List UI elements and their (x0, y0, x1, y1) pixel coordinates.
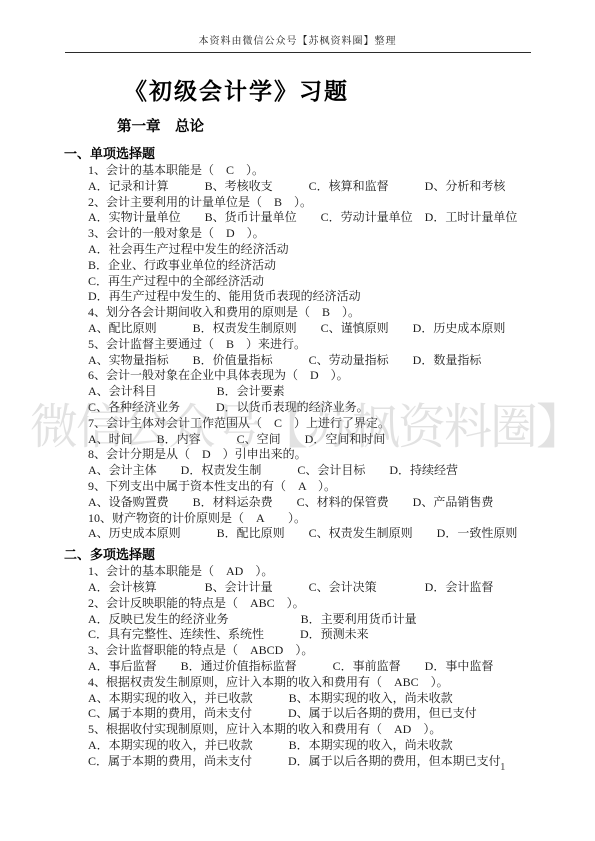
option-line: D．再生产过程中发生的、能用货币表现的经济活动 (88, 289, 555, 305)
question-line: 1、会计的基本职能是（ C ）。 (88, 163, 555, 179)
option-line: A、实物量指标 B．价值量指标 C、劳动量指标 D．数量指标 (88, 353, 555, 369)
option-line: C．具有完整性、连续性、系统性 D．预测未来 (88, 627, 555, 643)
section1-heading: 一、单项选择题 (64, 143, 595, 162)
header-rule (65, 52, 531, 53)
question-line: 2、会计主要利用的计量单位是（ B ）。 (88, 195, 555, 211)
question-line: 6、会计一般对象在企业中具体表现为（ D ）。 (88, 368, 555, 384)
option-line: A．记录和计算 B、考核收支 C．核算和监督 D、分析和考核 (88, 179, 555, 195)
option-line: A．事后监督 B．通过价值指标监督 C．事前监督 D．事中监督 (88, 659, 555, 675)
question-line: 5、会计监督主要通过（ B ）来进行。 (88, 337, 555, 353)
option-line: A、会计主体 D．权责发生制 C、会计目标 D．持续经营 (88, 463, 555, 479)
option-line: A．本期实现的收入，并已收款 B．本期实现的收入，尚未收款 (88, 738, 555, 754)
chapter-heading: 第一章 总论 (117, 115, 595, 136)
page-header-note: 本资料由微信公众号【苏枫资料圈】整理 (0, 0, 595, 47)
question-line: 4、划分各会计期间收入和费用的原则是（ B ）。 (88, 305, 555, 321)
question-line: 3、会计的一般对象是（ D ）。 (88, 226, 555, 242)
option-line: A、配比原则 B．权责发生制原则 C、谨慎原则 D．历史成本原则 (88, 321, 555, 337)
question-line: 3、会计监督职能的特点是（ ABCD ）。 (88, 643, 555, 659)
option-line: C．属于本期的费用，尚未支付 D．属于以后各期的费用，但本期已支付 (88, 754, 555, 770)
option-line: C、各种经济业务 D．以货币表现的经济业务。 (88, 400, 555, 416)
option-line: A、本期实现的收入，并已收款 B、本期实现的收入，尚未收款 (88, 691, 555, 707)
option-line: C、属于本期的费用，尚未支付 D、属于以后各期的费用，但已支付 (88, 706, 555, 722)
option-line: A、设备购置费 B．材料运杂费 C、材料的保管费 D、产品销售费 (88, 495, 555, 511)
option-line: A．社会再生产过程中发生的经济活动 (88, 242, 555, 258)
option-line: A、历史成本原则 B．配比原则 C、权责发生制原则 D．一致性原则 (88, 526, 555, 542)
option-line: A．会计核算 B、会计计量 C、会计决策 D．会计监督 (88, 580, 555, 596)
section2-heading: 二、多项选择题 (64, 544, 595, 563)
option-line: C．再生产过程中的全部经济活动 (88, 274, 555, 290)
question-line: 4、根据权责发生制原则，应计入本期的收入和费用有（ ABC ）。 (88, 675, 555, 691)
section-single-choice: 一、单项选择题 1、会计的基本职能是（ C ）。 A．记录和计算 B、考核收支 … (0, 143, 595, 542)
question-line: 10、财产物资的计价原则是（ A ）。 (88, 511, 555, 527)
section-multi-choice: 二、多项选择题 1、会计的基本职能是（ AD ）。 A．会计核算 B、会计计量 … (0, 544, 595, 769)
question-line: 1、会计的基本职能是（ AD ）。 (88, 564, 555, 580)
option-line: A．反映已发生的经济业务 B．主要利用货币计量 (88, 612, 555, 628)
document-page: 微信公众号【苏枫资料圈】 本资料由微信公众号【苏枫资料圈】整理 《初级会计学》习… (0, 0, 595, 841)
question-line: 9、下列支出中属于资本性支出的有（ A ）。 (88, 479, 555, 495)
question-line: 8、会计分期是从（ D ）引申出来的。 (88, 447, 555, 463)
option-line: A、时间 B．内容 C、空间 D．空间和时间 (88, 432, 555, 448)
question-line: 5、根据收付实现制原则，应计入本期的收入和费用有（ AD ）。 (88, 722, 555, 738)
option-line: B．企业、行政事业单位的经济活动 (88, 258, 555, 274)
option-line: A、会计科目 B．会计要素 (88, 384, 555, 400)
doc-title: 《初级会计学》习题 (124, 73, 595, 106)
page-number: 1 (500, 761, 506, 773)
question-line: 2、会计反映职能的特点是（ ABC ）。 (88, 596, 555, 612)
option-line: A．实物计量单位 B、货币计量单位 C．劳动计量单位 D．工时计量单位 (88, 210, 555, 226)
question-line: 7、会计主体对会计工作范围从（ C ）上进行了界定。 (88, 416, 555, 432)
